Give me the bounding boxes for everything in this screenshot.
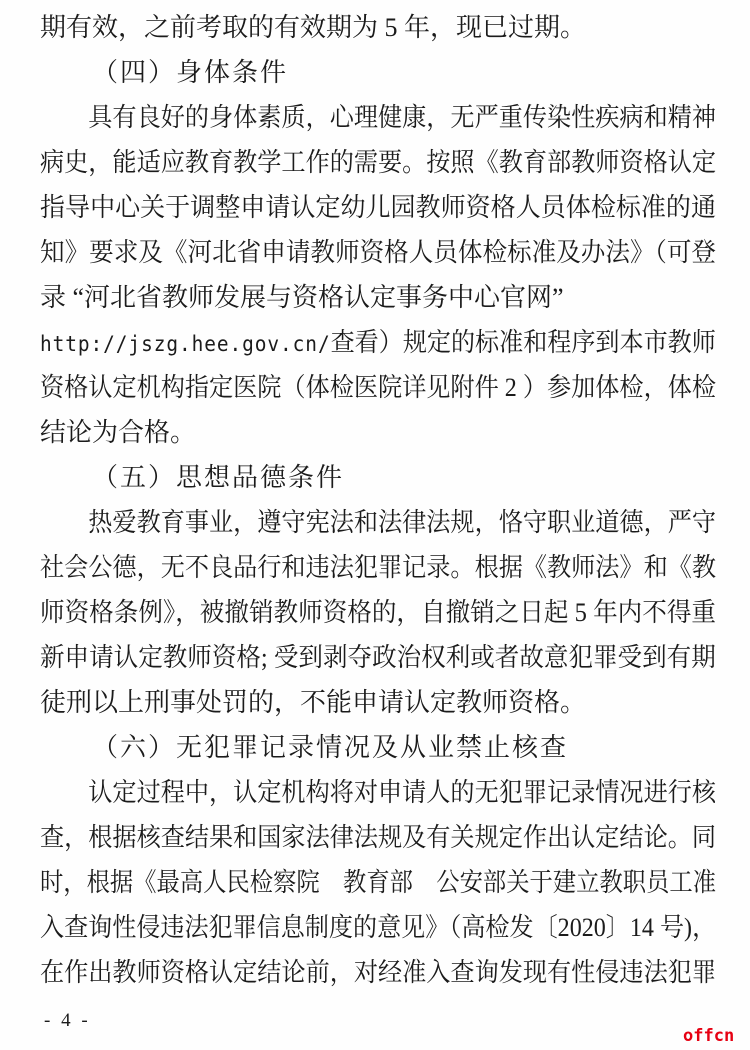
document-line: 知》要求及《河北省申请教师资格人员体检标准及办法》（可登 — [40, 230, 679, 275]
document-line: 徒刑以上刑事处罚的，不能申请认定教师资格。 — [40, 680, 716, 725]
document-line: 具有良好的身体素质，心理健康，无严重传染性疾病和精神 — [40, 95, 668, 140]
url-text: http://jszg.hee.gov.cn/ — [40, 332, 331, 356]
document-text: 期有效，之前考取的有效期为 5 年，现已过期。（四）身体条件具有良好的身体素质，… — [40, 5, 716, 995]
document-line: 录 “河北省教师发展与资格认定事务中心官网” — [40, 275, 716, 320]
page-number: - 4 - — [44, 1010, 91, 1032]
document-line: 社会公德，无不良品行和违法犯罪记录。根据《教师法》和《教 — [40, 545, 668, 590]
document-line: 指导中心关于调整申请认定幼儿园教师资格人员体检标准的通 — [40, 185, 691, 230]
document-line: 查，根据核查结果和国家法律法规及有关规定作出认定结论。同 — [40, 815, 668, 860]
document-line: 病史，能适应教育教学工作的需要。按照《教育部教师资格认定 — [40, 140, 668, 185]
document-line: 师资格条例》，被撤销教师资格的，自撤销之日起 5 年内不得重 — [40, 590, 679, 635]
document-line: 资格认定机构指定医院（体检医院详见附件 2 ）参加体检，体检 — [40, 365, 668, 410]
document-line: http://jszg.hee.gov.cn/查看）规定的标准和程序到本市教师 — [40, 320, 666, 365]
section-heading: （六）无犯罪记录情况及从业禁止核查 — [40, 725, 716, 770]
document-line: 期有效，之前考取的有效期为 5 年，现已过期。 — [40, 5, 716, 50]
document-line: 认定过程中，认定机构将对申请人的无犯罪记录情况进行核 — [40, 770, 668, 815]
section-heading: （四）身体条件 — [40, 50, 716, 95]
document-line: 在作出教师资格认定结论前，对经准入查询发现有性侵违法犯罪 — [40, 950, 668, 995]
document-line: 热爱教育事业，遵守宪法和法律法规，恪守职业道德，严守 — [40, 500, 668, 545]
document-line: 时，根据《最高人民检察院 教育部 公安部关于建立教职员工准 — [40, 860, 646, 905]
line-text: 查看）规定的标准和程序到本市教师 — [331, 328, 716, 357]
document-line: 新申请认定教师资格; 受到剥夺政治权利或者故意犯罪受到有期 — [40, 635, 678, 680]
document-page: 期有效，之前考取的有效期为 5 年，现已过期。（四）身体条件具有良好的身体素质，… — [0, 0, 750, 1050]
section-heading: （五）思想品德条件 — [40, 455, 716, 500]
document-line: 入查询性侵违法犯罪信息制度的意见》（高检发〔2020〕14 号)， — [40, 905, 666, 950]
document-line: 结论为合格。 — [40, 410, 716, 455]
offcn-watermark: offcn — [683, 1026, 734, 1046]
